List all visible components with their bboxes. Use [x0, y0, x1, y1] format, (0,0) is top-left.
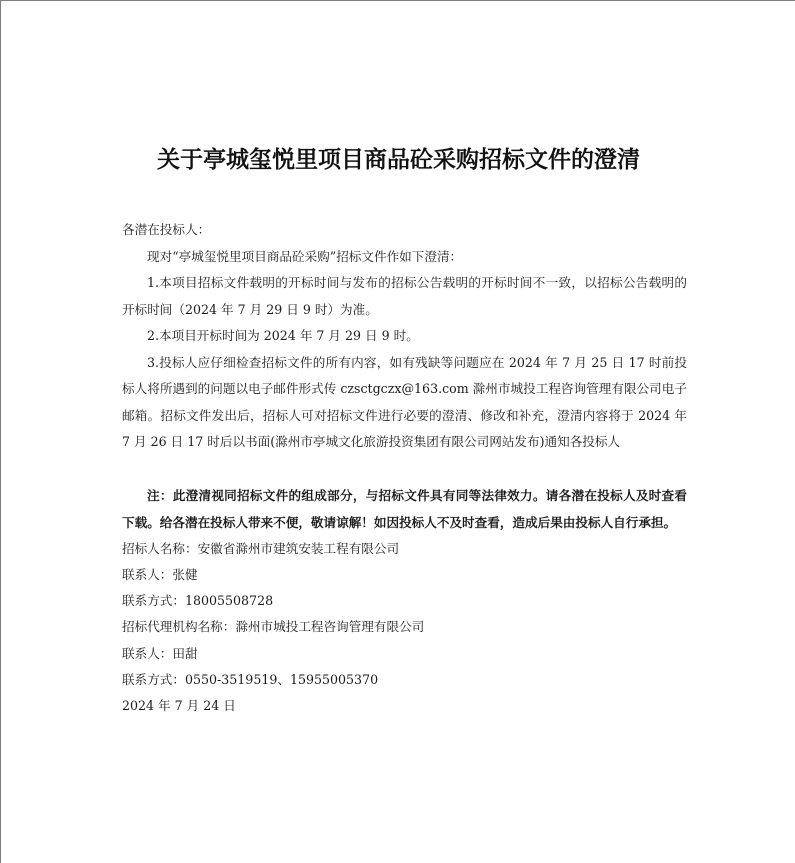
document-body: 各潜在投标人： 现对“亭城玺悦里项目商品砼采购”招标文件作如下澄清： 1.本项目…: [122, 217, 687, 720]
tenderer-contact-person: 联系人：张健: [122, 562, 687, 588]
clarification-item-2: 2.本项目开标时间为 2024 年 7 月 29 日 9 时。: [122, 323, 687, 350]
agency-name: 招标代理机构名称：滁州市城投工程咨询管理有限公司: [122, 614, 687, 640]
intro-paragraph: 现对“亭城玺悦里项目商品砼采购”招标文件作如下澄清：: [122, 244, 687, 271]
document-title: 关于亭城玺悦里项目商品砼采购招标文件的澄清: [1, 144, 795, 176]
contact-block: 招标人名称：安徽省滁州市建筑安装工程有限公司 联系人：张健 联系方式：18005…: [122, 536, 687, 720]
agency-contact-person: 联系人：田甜: [122, 641, 687, 667]
tenderer-phone: 联系方式：18005508728: [122, 588, 687, 614]
note-paragraph: 注：此澄清视同招标文件的组成部分，与招标文件具有同等法律效力。请各潜在投标人及时…: [122, 482, 687, 536]
salutation: 各潜在投标人：: [122, 217, 687, 244]
clarification-item-3: 3.投标人应仔细检查招标文件的所有内容，如有残缺等问题应在 2024 年 7 月…: [122, 350, 687, 456]
document-date: 2024 年 7 月 24 日: [122, 693, 687, 719]
document-page: 关于亭城玺悦里项目商品砼采购招标文件的澄清 各潜在投标人： 现对“亭城玺悦里项目…: [1, 1, 795, 863]
tenderer-name: 招标人名称：安徽省滁州市建筑安装工程有限公司: [122, 536, 687, 562]
agency-phone: 联系方式：0550-3519519、15955005370: [122, 667, 687, 693]
clarification-item-1: 1.本项目招标文件载明的开标时间与发布的招标公告载明的开标时间不一致，以招标公告…: [122, 270, 687, 323]
spacer: [122, 456, 687, 482]
